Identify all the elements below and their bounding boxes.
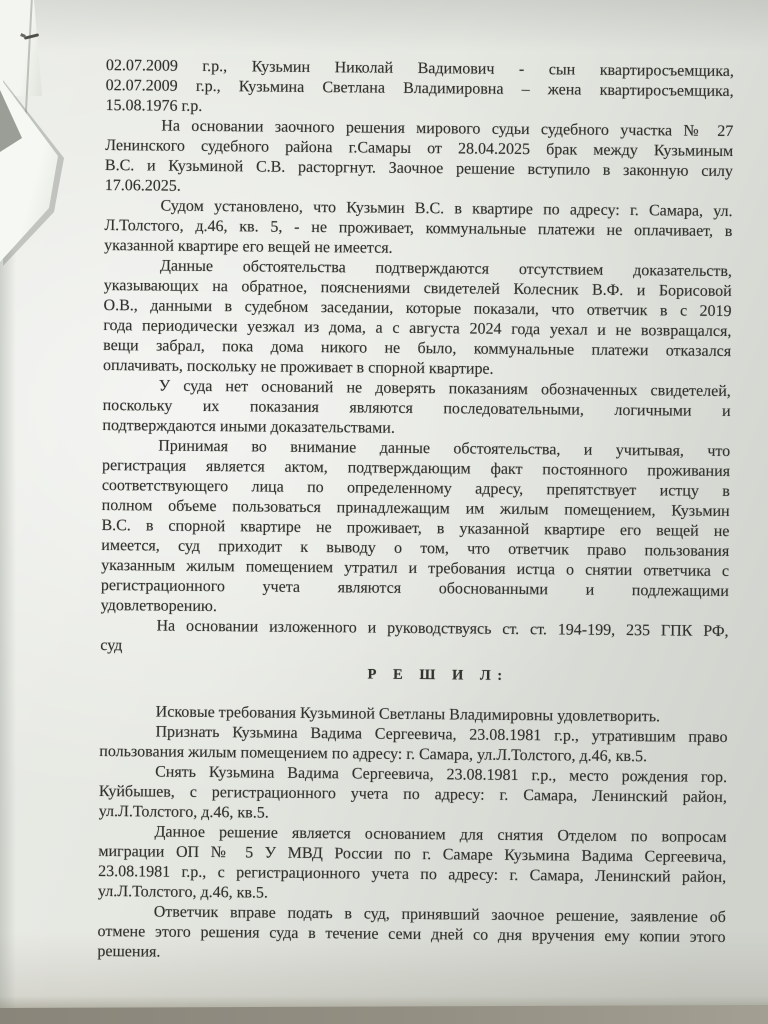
paragraph: Принимая во внимание данные обстоятельст…: [101, 436, 731, 622]
paragraph: У суда нет оснований не доверять показан…: [102, 376, 731, 442]
paragraph: Данные обстоятельства подтверждаются отс…: [103, 256, 732, 382]
heading-line: Р Е Ш И Л:: [100, 662, 728, 688]
paragraph: Признать Кузьмина Вадима Сергеевича, 23.…: [99, 722, 727, 768]
paragraph: Данное решение является основанием для с…: [98, 822, 727, 908]
white-page-corner: [0, 76, 62, 266]
overlapping-sheet-strip: [0, 0, 46, 96]
paragraph: 02.07.2009 г.р., Кузьмин Николай Вадимов…: [105, 56, 734, 122]
paragraph: На основании изложенного и руководствуяс…: [100, 616, 728, 662]
paragraph: Ответчик вправе подать в суд, принявший …: [97, 902, 726, 968]
paragraph: Снять Кузьмина Вадима Сергеевича, 23.08.…: [99, 762, 728, 828]
page-left-edge-shadow: [0, 250, 16, 1010]
photo-of-court-decision-page: 02.07.2009 г.р., Кузьмин Николай Вадимов…: [0, 0, 768, 1024]
decision-heading: Р Е Ш И Л:: [100, 662, 728, 688]
document-text: 02.07.2009 г.р., Кузьмин Николай Вадимов…: [97, 56, 734, 968]
paragraph: Судом установлено, что Кузьмин В.С. в кв…: [104, 196, 733, 262]
paragraph: На основании заочного решения мирового с…: [105, 116, 734, 202]
